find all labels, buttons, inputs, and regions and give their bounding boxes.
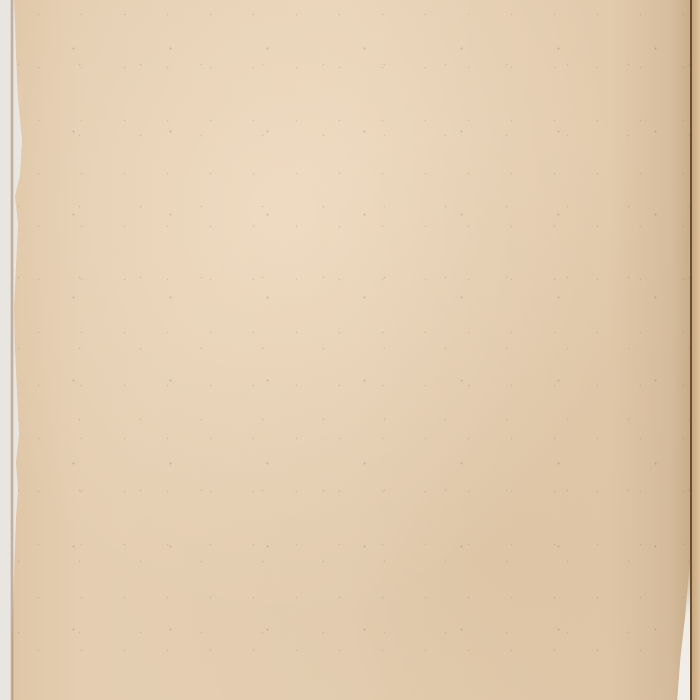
scene xyxy=(0,0,700,700)
torn-left-edge xyxy=(10,0,14,700)
binding-edge xyxy=(692,0,700,700)
blank-paper-page xyxy=(12,0,692,700)
